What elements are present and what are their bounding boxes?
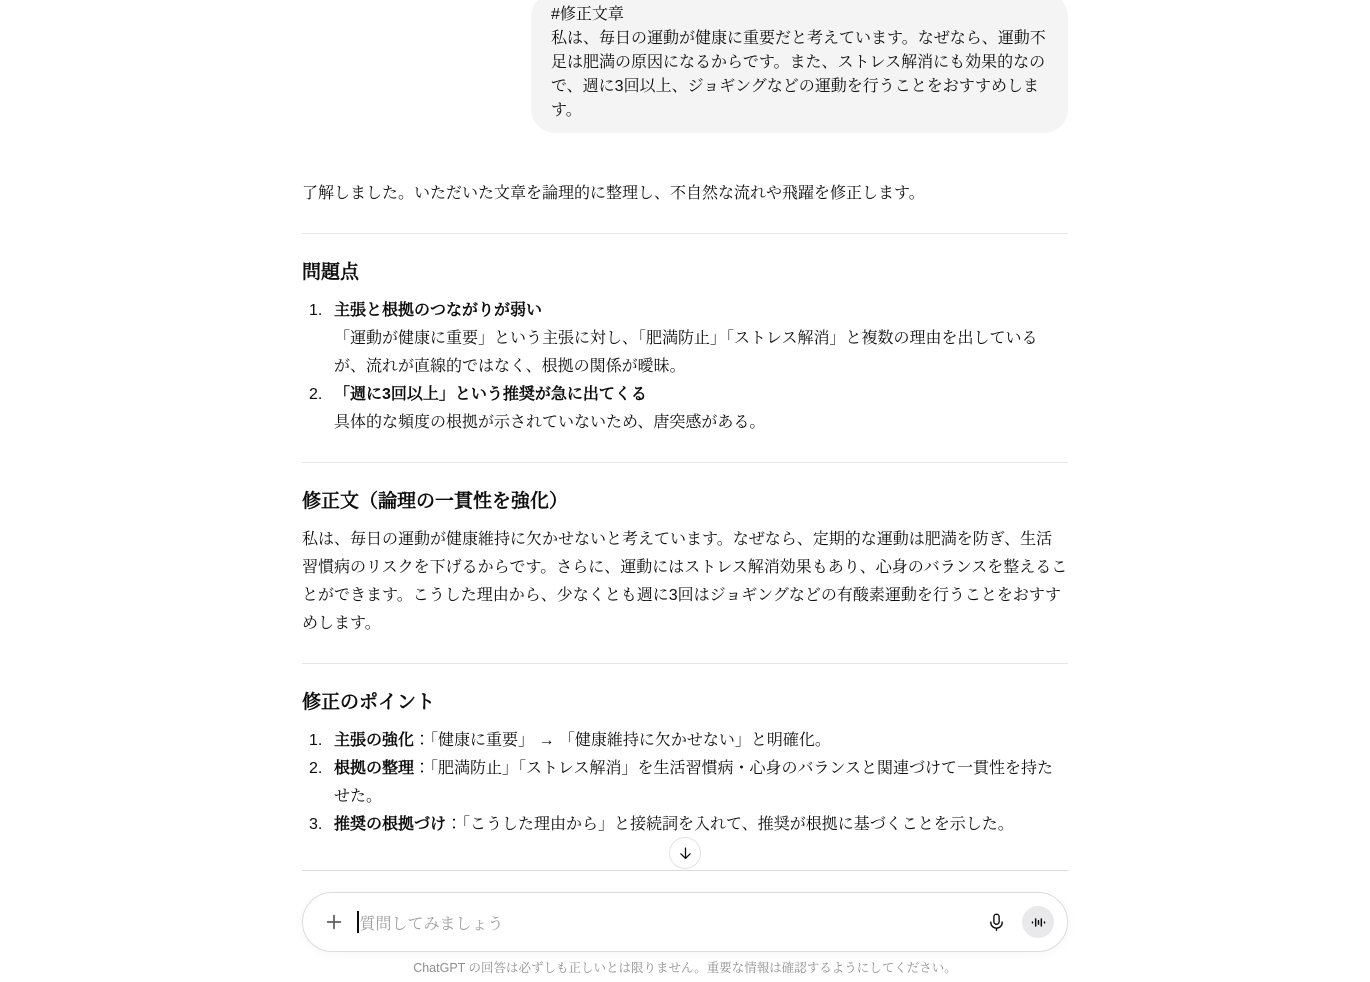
voice-waveform-icon (1030, 914, 1047, 931)
revision-heading: 修正文（論理の一貫性を強化） (302, 488, 1068, 516)
input-placeholder: 質問してみましょう (360, 911, 504, 934)
dictate-button[interactable] (979, 905, 1013, 939)
composer: 質問してみましょう (302, 870, 1068, 976)
points-list: 1. 主張の強化：「健康に重要」 → 「健康維持に欠かせない」と明確化。 2. … (302, 727, 1068, 839)
user-message-bubble: #修正文章 私は、毎日の運動が健康に重要だと考えています。なぜなら、運動不足は肥… (531, 0, 1068, 133)
conversation-column: #修正文章 私は、毎日の運動が健康に重要だと考えています。なぜなら、運動不足は肥… (302, 0, 1068, 839)
problems-list: 1. 主張と根拠のつながりが弱い 「運動が健康に重要」という主張に対し、「肥満防… (302, 297, 1068, 437)
list-marker: 1. (309, 297, 334, 381)
points-heading: 修正のポイント (302, 689, 1068, 717)
message-input[interactable]: 質問してみましょう (357, 893, 979, 951)
voice-mode-button[interactable] (1022, 906, 1054, 938)
list-item: 2. 根拠の整理：「肥満防止」「ストレス解消」を生活習慣病・心身のバランスと関連… (309, 755, 1068, 811)
list-marker: 2. (309, 381, 334, 437)
list-marker: 1. (309, 727, 334, 755)
list-marker: 2. (309, 755, 334, 811)
chat-page: #修正文章 私は、毎日の運動が健康に重要だと考えています。なぜなら、運動不足は肥… (0, 0, 1370, 982)
composer-pill: 質問してみましょう (302, 892, 1068, 952)
section-divider (302, 233, 1068, 234)
list-item: 1. 主張の強化：「健康に重要」 → 「健康維持に欠かせない」と明確化。 (309, 727, 1068, 755)
list-marker: 3. (309, 811, 334, 839)
problem-title: 主張と根拠のつながりが弱い (334, 297, 1068, 325)
attach-button[interactable] (317, 905, 351, 939)
point-text: 推奨の根拠づけ：「こうした理由から」と接続詞を入れて、推奨が根拠に基づくことを示… (334, 811, 1068, 839)
point-text: 主張の強化：「健康に重要」 → 「健康維持に欠かせない」と明確化。 (334, 727, 1068, 755)
point-text: 根拠の整理：「肥満防止」「ストレス解消」を生活習慣病・心身のバランスと関連づけて… (334, 755, 1068, 811)
disclaimer-text: ChatGPT の回答は必ずしも正しいとは限りません。重要な情報は確認するように… (302, 960, 1068, 976)
list-item: 1. 主張と根拠のつながりが弱い 「運動が健康に重要」という主張に対し、「肥満防… (309, 297, 1068, 381)
problem-title: 「週に3回以上」という推奨が急に出てくる (334, 381, 1068, 409)
scroll-to-bottom-button[interactable] (669, 837, 701, 869)
problems-heading: 問題点 (302, 259, 1068, 287)
arrow-down-icon (677, 845, 694, 862)
list-item: 3. 推奨の根拠づけ：「こうした理由から」と接続詞を入れて、推奨が根拠に基づくこ… (309, 811, 1068, 839)
problem-description: 具体的な頻度の根拠が示されていないため、唐突感がある。 (334, 409, 1068, 437)
section-divider (302, 462, 1068, 463)
problem-description: 「運動が健康に重要」という主張に対し、「肥満防止」「ストレス解消」と複数の理由を… (334, 325, 1068, 381)
assistant-intro-text: 了解しました。いただいた文章を論理的に整理し、不自然な流れや飛躍を修正します。 (302, 180, 1068, 208)
assistant-message: 了解しました。いただいた文章を論理的に整理し、不自然な流れや飛躍を修正します。 … (302, 180, 1068, 839)
section-divider (302, 663, 1068, 664)
revision-paragraph: 私は、毎日の運動が健康維持に欠かせないと考えています。なぜなら、定期的な運動は肥… (302, 526, 1068, 638)
plus-icon (323, 911, 345, 933)
microphone-icon (986, 912, 1007, 933)
list-item: 2. 「週に3回以上」という推奨が急に出てくる 具体的な頻度の根拠が示されていな… (309, 381, 1068, 437)
user-message-row: #修正文章 私は、毎日の運動が健康に重要だと考えています。なぜなら、運動不足は肥… (302, 0, 1068, 133)
text-caret (357, 911, 359, 933)
